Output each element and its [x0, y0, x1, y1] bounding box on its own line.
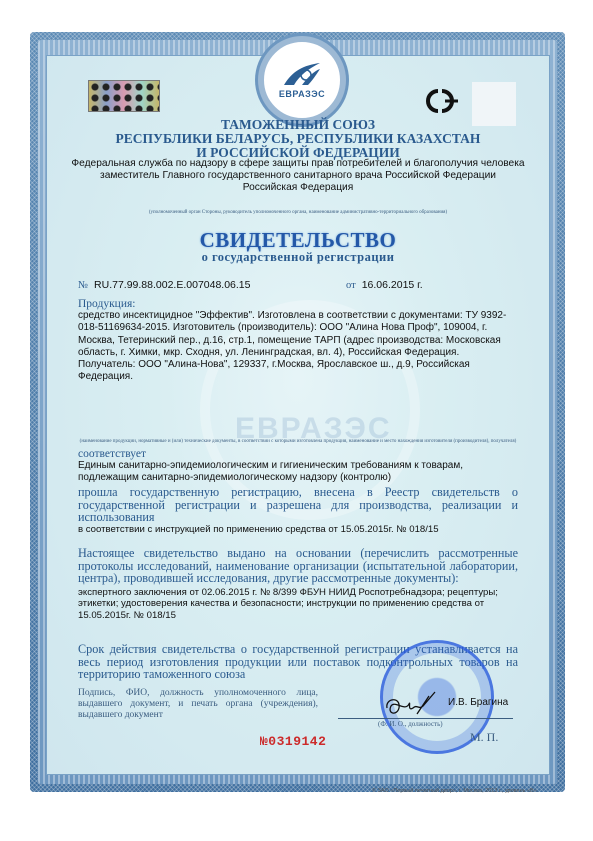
- handwritten-signature-icon: [383, 690, 439, 720]
- union-heading: ТАМОЖЕННЫЙ СОЮЗ РЕСПУБЛИКИ БЕЛАРУСЬ, РЕС…: [78, 118, 518, 160]
- date-label: от: [346, 280, 356, 291]
- hologram-icon: [88, 80, 160, 112]
- document-subtitle: о государственной регистрации: [78, 250, 518, 265]
- customs-union-conformity-mark-icon: [418, 86, 462, 116]
- conformity-label: соответствует: [78, 449, 518, 460]
- authority-caption: (уполномоченный орган Стороны, руководит…: [78, 210, 518, 215]
- signature-caption: Подпись, ФИО, должность уполномоченного …: [78, 688, 318, 721]
- conformity-section: соответствует Единым санитарно-эпидемиол…: [78, 449, 518, 485]
- registration-number: RU.77.99.88.002.E.007048.06.15: [94, 279, 250, 291]
- signature-line: [338, 718, 513, 719]
- printer-note: © ЗАО «Первый печатный двор», г. Москва,…: [372, 788, 538, 794]
- name-caption: (Ф. И. О., должность): [378, 720, 443, 728]
- conformity-requirements: Единым санитарно-эпидемиологическим и ги…: [78, 460, 518, 485]
- authority-line: Российская Федерация: [70, 182, 526, 194]
- union-line: ТАМОЖЕННЫЙ СОЮЗ: [78, 118, 518, 132]
- product-section: Продукция: средство инсектицидное "Эффек…: [78, 299, 518, 384]
- issuing-authority: Федеральная служба по надзору в сфере за…: [70, 158, 526, 194]
- union-line: РЕСПУБЛИКИ БЕЛАРУСЬ, РЕСПУБЛИКИ КАЗАХСТА…: [78, 132, 518, 146]
- product-label: Продукция:: [78, 299, 518, 310]
- basis-text: Настоящее свидетельство выдано на основа…: [78, 547, 518, 585]
- product-description: средство инсектицидное "Эффектив". Изгот…: [78, 310, 518, 384]
- number-label: №: [78, 280, 88, 291]
- form-number: №0319142: [260, 734, 326, 749]
- seal-place-label: М. П.: [470, 730, 498, 745]
- basis-documents: экспертного заключения от 02.06.2015 г. …: [78, 587, 518, 622]
- registration-row: №RU.77.99.88.002.E.007048.06.15 от16.06.…: [78, 279, 518, 291]
- eurasec-logo-icon: [282, 61, 322, 87]
- signer-name: И.В. Брагина: [448, 697, 508, 708]
- authority-line: заместитель Главного государственного са…: [70, 170, 526, 182]
- registration-text: прошла государственную регистрацию, внес…: [78, 486, 518, 524]
- registration-date: 16.06.2015 г.: [362, 279, 423, 291]
- registration-statement: прошла государственную регистрацию, внес…: [78, 486, 518, 536]
- usage-instruction: в соответствии с инструкцией по применен…: [78, 524, 518, 536]
- eurasec-emblem: ЕВРАЗЭС: [258, 36, 346, 124]
- registration-date-group: от16.06.2015 г.: [346, 279, 423, 291]
- product-caption: (наименование продукции, нормативные и (…: [78, 439, 518, 444]
- emblem-label: ЕВРАЗЭС: [279, 89, 325, 99]
- basis-section: Настоящее свидетельство выдано на основа…: [78, 547, 518, 621]
- authority-line: Федеральная служба по надзору в сфере за…: [70, 158, 526, 170]
